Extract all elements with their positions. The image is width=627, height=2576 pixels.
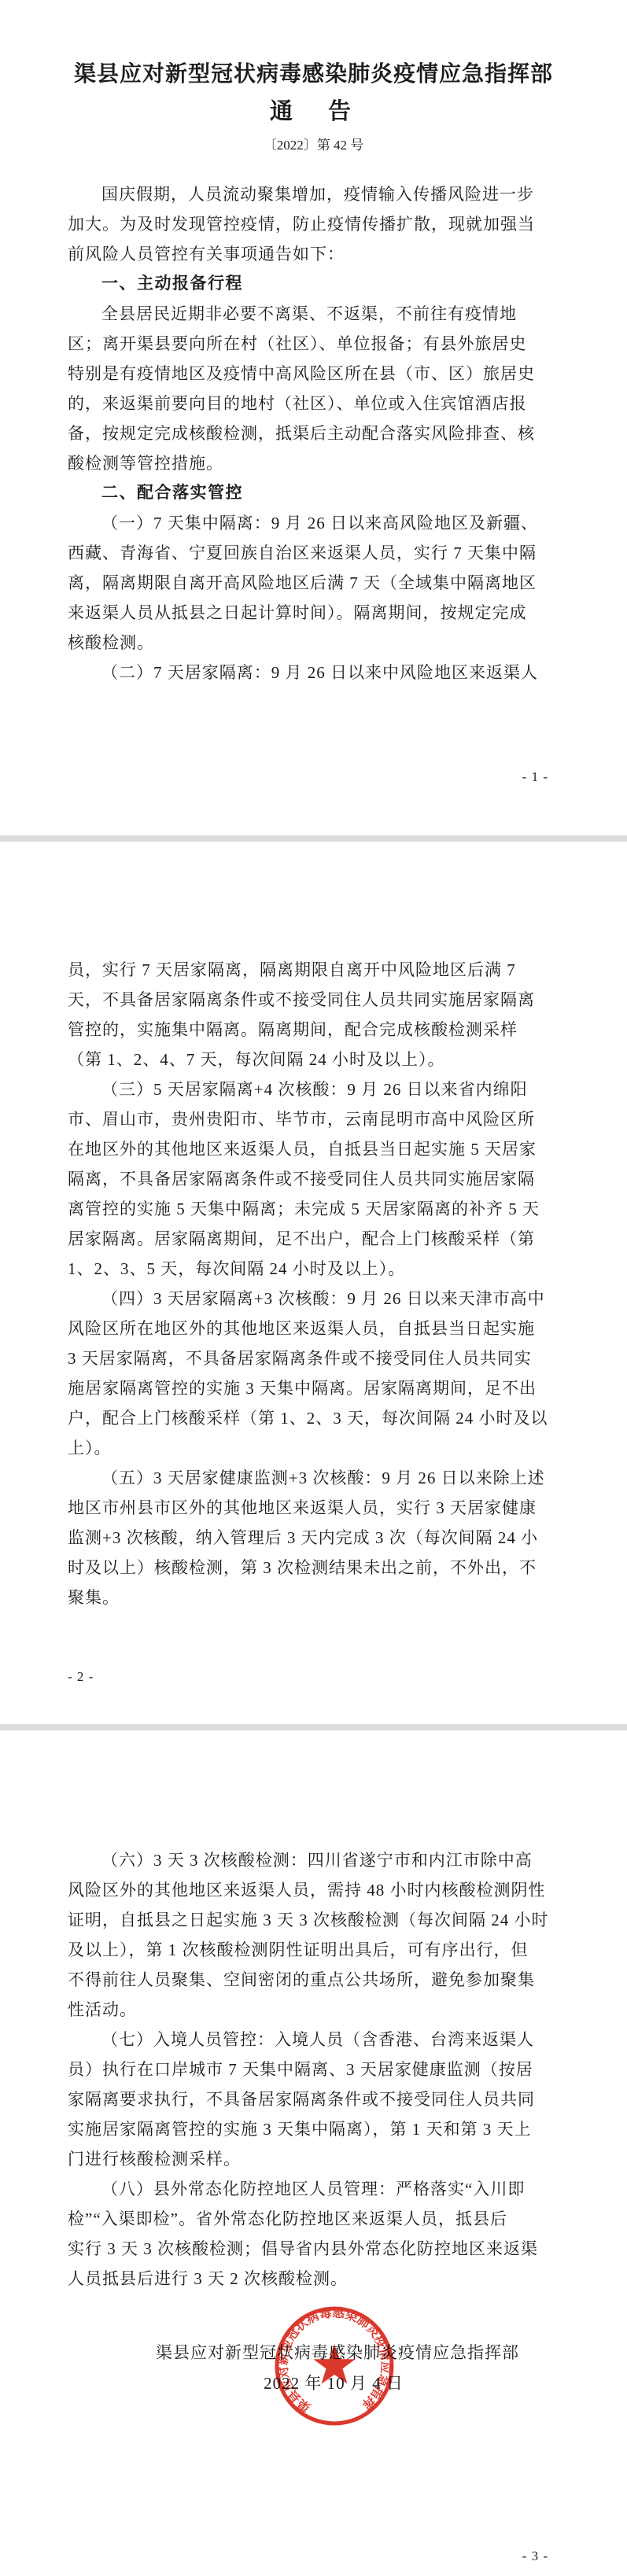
text-line: 1、2、3、5 天，每次间隔 24 小时及以上）。 <box>68 1254 560 1284</box>
page-3: （六）3 天 3 次核酸检测：四川省遂宁市和内江市除中高风险区外的其他地区来返渠… <box>0 1730 627 2576</box>
text-line: 加大。为及时发现管控疫情，防止疫情传播扩散，现就加强当 <box>68 209 560 239</box>
text-line: 管控的，实施集中隔离。隔离期间，配合完成核酸检测采样 <box>68 1015 560 1045</box>
text-line: （五）3 天居家健康监测+3 次核酸：9 月 26 日以来除上述 <box>68 1463 560 1493</box>
page-separator-2 <box>0 1724 627 1730</box>
text-line: 来返渠人员从抵县之日起计算时间）。隔离期间，按规定完成 <box>68 598 560 628</box>
text-line: （七）入境人员管控：入境人员（含香港、台湾来返渠人 <box>68 2025 560 2055</box>
text-line: 人员抵县后进行 3 天 2 次核酸检测。 <box>68 2264 560 2294</box>
page-1-body: 国庆假期，人员流动聚集增加，疫情输入传播风险进一步加大。为及时发现管控疫情，防止… <box>68 179 560 687</box>
page-number-3: - 3 - <box>522 2547 548 2566</box>
section-heading: 二、配合落实管控 <box>68 478 560 508</box>
text-line: 实行 3 天 3 次核酸检测；倡导省内县外常态化防控地区来返渠 <box>68 2234 560 2264</box>
text-line: 特别是有疫情地区及疫情中高风险区所在县（市、区）旅居史 <box>68 359 560 389</box>
text-line: 3 天居家隔离，不具备居家隔离条件或不接受同住人员共同实 <box>68 1343 560 1373</box>
page-separator-1 <box>0 835 627 842</box>
text-line: 天，不具备居家隔离条件或不接受同住人员共同实施居家隔离 <box>68 985 560 1015</box>
text-line: （八）县外常态化防控地区人员管理：严格落实“入川即 <box>68 2174 560 2204</box>
page-1: 渠县应对新型冠状病毒感染肺炎疫情应急指挥部 通 告 〔2022〕第 42 号 国… <box>0 0 627 835</box>
text-line: 市、眉山市，贵州贵阳市、毕节市，云南昆明市高中风险区所 <box>68 1104 560 1134</box>
text-line: 居家隔离。居家隔离期间，足不出户，配合上门核酸采样（第 <box>68 1224 560 1254</box>
text-line: 离管控的实施 5 天集中隔离；未完成 5 天居家隔离的补齐 5 天 <box>68 1194 560 1224</box>
text-line: （六）3 天 3 次核酸检测：四川省遂宁市和内江市除中高 <box>68 1845 560 1875</box>
text-line: 的，来返渠前要向目的地村（社区）、单位或入住宾馆酒店报 <box>68 389 560 418</box>
text-line: 在地区外的其他地区来返渠人员，自抵县当日起实施 5 天居家 <box>68 1134 560 1164</box>
page-number-1: - 1 - <box>522 768 548 787</box>
text-line: 前风险人员管控有关事项通告如下： <box>68 239 560 269</box>
text-line: 聚集。 <box>68 1583 560 1612</box>
text-line: 风险区所在地区外的其他地区来返渠人员，自抵县当日起实施 <box>68 1314 560 1343</box>
text-line: 时及以上）核酸检测，第 3 次检测结果未出之前，不外出，不 <box>68 1553 560 1583</box>
page-2: 员，实行 7 天居家隔离，隔离期限自离开中风险地区后满 7天，不具备居家隔离条件… <box>0 842 627 1724</box>
text-line: 酸检测等管控措施。 <box>68 448 560 478</box>
page-number-2: - 2 - <box>68 1668 94 1686</box>
text-line: 西藏、青海省、宁夏回族自治区来返渠人员，实行 7 天集中隔 <box>68 538 560 568</box>
text-line: 员）执行在口岸城市 7 天集中隔离、3 天居家健康监测（按居 <box>68 2055 560 2084</box>
text-line: 核酸检测。 <box>68 628 560 658</box>
document: 渠县应对新型冠状病毒感染肺炎疫情应急指挥部 通 告 〔2022〕第 42 号 国… <box>0 0 627 2576</box>
document-title: 渠县应对新型冠状病毒感染肺炎疫情应急指挥部 <box>0 60 627 90</box>
text-line: 不得前往人员聚集、空间密闭的重点公共场所，避免参加聚集 <box>68 1965 560 1995</box>
text-line: （一）7 天集中隔离：9 月 26 日以来高风险地区及新疆、 <box>68 508 560 538</box>
text-line: （三）5 天居家隔离+4 次核酸：9 月 26 日以来省内绵阳 <box>68 1074 560 1104</box>
text-line: 及以上），第 1 次核酸检测阴性证明出具后，可有序出行，但 <box>68 1935 560 1965</box>
notice-title: 通 告 <box>0 96 627 127</box>
text-line: 上）。 <box>68 1433 560 1463</box>
text-line: 证明，自抵县之日起实施 3 天 3 次核酸检测（每次间隔 24 小时 <box>68 1905 560 1935</box>
text-line: 实施居家隔离管控的实施 3 天集中隔离），第 1 天和第 3 天上 <box>68 2114 560 2144</box>
text-line: 员，实行 7 天居家隔离，隔离期限自离开中风险地区后满 7 <box>68 955 560 985</box>
page-3-body: （六）3 天 3 次核酸检测：四川省遂宁市和内江市除中高风险区外的其他地区来返渠… <box>68 1845 560 2294</box>
text-line: 门进行核酸检测采样。 <box>68 2144 560 2174</box>
text-line: （二）7 天居家隔离：9 月 26 日以来中风险地区来返渠人 <box>68 658 560 687</box>
doc-number: 〔2022〕第 42 号 <box>0 135 627 156</box>
text-line: 监测+3 次核酸，纳入管理后 3 天内完成 3 次（每次间隔 24 小 <box>68 1523 560 1553</box>
official-seal: 渠县应对新型冠状病毒感染肺炎疫情应急指挥部 <box>271 2303 397 2429</box>
text-line: 区；离开渠县要向所在村（社区）、单位报备；有县外旅居史 <box>68 329 560 359</box>
section-heading: 一、主动报备行程 <box>68 269 560 299</box>
text-line: 国庆假期，人员流动聚集增加，疫情输入传播风险进一步 <box>68 179 560 209</box>
page-2-body: 员，实行 7 天居家隔离，隔离期限自离开中风险地区后满 7天，不具备居家隔离条件… <box>68 955 560 1612</box>
text-line: 检”“入渠即检”。省外常态化防控地区来返渠人员，抵县后 <box>68 2204 560 2234</box>
text-line: （四）3 天居家隔离+3 次核酸：9 月 26 日以来天津市高中 <box>68 1284 560 1314</box>
text-line: 风险区外的其他地区来返渠人员，需持 48 小时内核酸检测阴性 <box>68 1875 560 1905</box>
text-line: 全县居民近期非必要不离渠、不返渠，不前往有疫情地 <box>68 299 560 329</box>
text-line: 备，按规定完成核酸检测，抵渠后主动配合落实风险排查、核 <box>68 418 560 448</box>
text-line: 隔离，不具备居家隔离条件或不接受同住人员共同实施居家隔 <box>68 1164 560 1194</box>
text-line: 户，配合上门核酸采样（第 1、2、3 天，每次间隔 24 小时及以 <box>68 1403 560 1433</box>
seal-star-icon <box>313 2344 355 2384</box>
text-line: 施居家隔离管控的实施 3 天集中隔离。居家隔离期间，足不出 <box>68 1373 560 1403</box>
text-line: 家隔离要求执行，不具备居家隔离条件或不接受同住人员共同 <box>68 2084 560 2114</box>
text-line: 离，隔离期限自离开高风险地区后满 7 天（全域集中隔离地区 <box>68 568 560 598</box>
text-line: 性活动。 <box>68 1995 560 2025</box>
text-line: （第 1、2、4、7 天，每次间隔 24 小时及以上）。 <box>68 1045 560 1074</box>
text-line: 地区市州县市区外的其他地区来返渠人员，实行 3 天居家健康 <box>68 1493 560 1523</box>
